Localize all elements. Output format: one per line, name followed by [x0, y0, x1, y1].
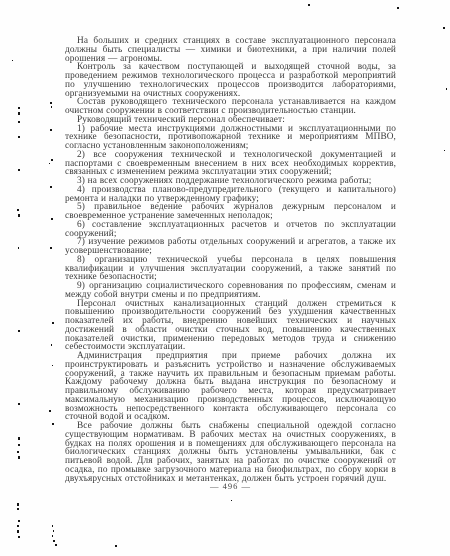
speck [17, 508, 19, 510]
speck [18, 107, 20, 109]
speck [52, 322, 54, 324]
speck [17, 503, 19, 506]
scanned-document-page: На больших и средних станциях в составе … [0, 0, 450, 556]
speck [49, 163, 50, 164]
speck [52, 525, 53, 527]
speck [444, 150, 445, 151]
speck [53, 540, 55, 542]
speck [51, 106, 52, 108]
list-item-1: 1) рабочие места инструкциями должностны… [65, 125, 396, 151]
speck [51, 344, 52, 346]
speck [18, 169, 20, 171]
list-item-2: 2) все сооружения технической и технолог… [65, 151, 396, 177]
paragraph: На больших и средних станциях в составе … [65, 37, 396, 63]
speck [397, 7, 399, 9]
speck [52, 423, 54, 425]
speck [50, 129, 52, 131]
paragraph: Персонал очистных канализационных станци… [65, 300, 396, 353]
list-item-4: 4) производства планово-предупредительно… [65, 186, 396, 204]
speck [50, 102, 52, 104]
speck [17, 451, 19, 453]
list-item-8: 8) организацию технической учебы персона… [65, 256, 396, 282]
speck [51, 218, 53, 220]
speck [51, 159, 53, 161]
speck [18, 136, 20, 138]
speck [443, 27, 445, 29]
speck [18, 456, 20, 459]
speck [49, 410, 51, 412]
speck [18, 330, 20, 332]
speck [18, 536, 20, 538]
speck [18, 247, 19, 249]
speck [55, 544, 57, 546]
speck [18, 214, 20, 217]
speck [17, 525, 19, 527]
speck [18, 121, 20, 123]
speck [18, 520, 20, 522]
speck [50, 247, 52, 249]
speck [18, 112, 20, 115]
speck [18, 444, 20, 446]
speck [53, 530, 54, 532]
speck [12, 60, 13, 61]
speck [446, 88, 447, 90]
speck [17, 530, 19, 533]
speck [18, 437, 20, 440]
speck [18, 403, 20, 405]
paragraph: Все рабочие должны быть снабжены специал… [65, 422, 396, 483]
list-item-9: 9) организацию социалистического соревно… [65, 282, 396, 300]
paragraph: Администрация предприятия при приеме раб… [65, 352, 396, 422]
page-number: — 496 — [65, 481, 396, 491]
speck [50, 186, 52, 188]
list-item-7: 7) изучение режимов работы отдельных соо… [65, 238, 396, 256]
paragraph: Контроль за качеством поступающей и выхо… [65, 63, 396, 98]
list-item-6: 6) составление эксплуатационных расчетов… [65, 221, 396, 239]
speck [52, 365, 53, 366]
document-text-block: На больших и средних станциях в составе … [65, 37, 396, 483]
speck [231, 500, 232, 501]
speck [115, 545, 117, 547]
speck [308, 4, 310, 6]
speck [17, 209, 19, 211]
speck [52, 535, 53, 537]
paragraph: Состав руководящего технического персона… [65, 98, 396, 116]
list-item-5: 5) правильное ведение рабочих журналов д… [65, 203, 396, 221]
